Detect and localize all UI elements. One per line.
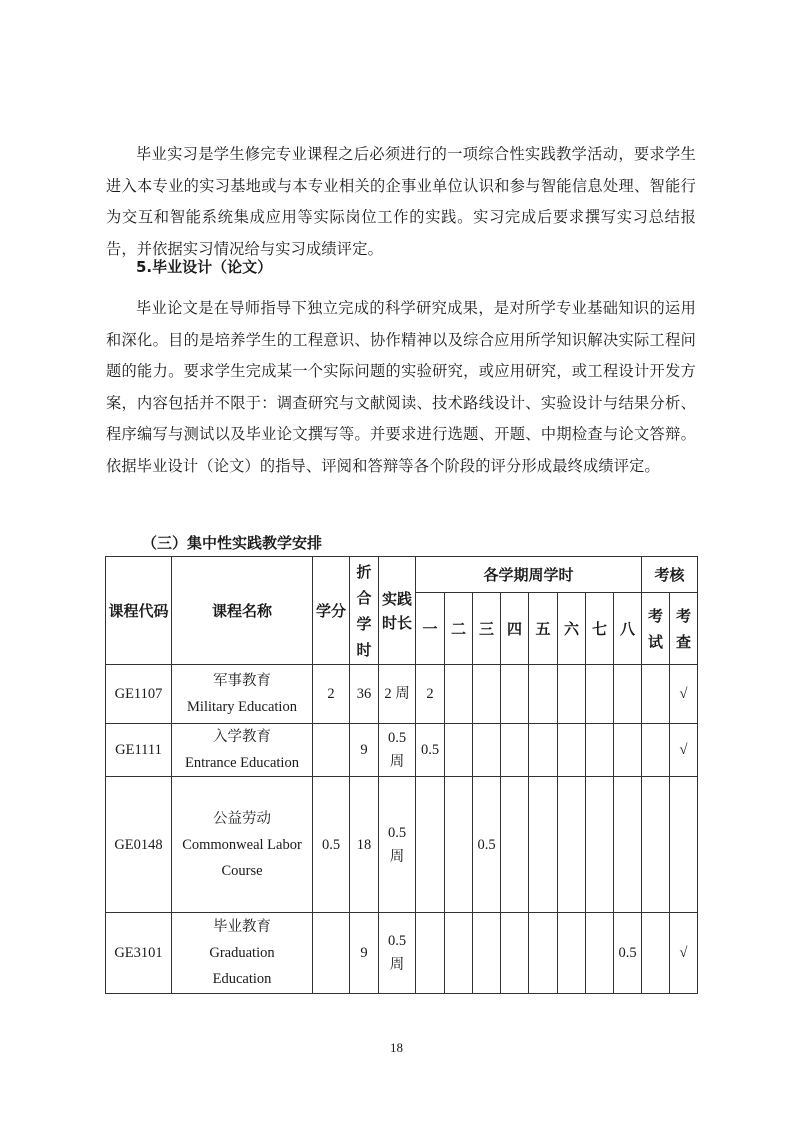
semester-8 xyxy=(614,777,642,913)
course-name-en: Military Education xyxy=(172,694,312,720)
semester-1: 2 xyxy=(416,665,445,724)
header-semester-7: 七 xyxy=(586,593,614,665)
header-semester-3: 三 xyxy=(473,593,501,665)
course-name-en: Commonweal Labor Course xyxy=(172,832,312,884)
hours: 36 xyxy=(350,665,379,724)
semester-7 xyxy=(586,665,614,724)
header-semester-6: 六 xyxy=(558,593,586,665)
header-assessment-group: 考核 xyxy=(642,557,698,593)
semester-3 xyxy=(473,665,501,724)
semester-6 xyxy=(558,777,586,913)
table-row: GE1107 军事教育Military Education 2 36 2 周 2… xyxy=(106,665,698,724)
credits xyxy=(313,913,350,994)
duration: 0.5 周 xyxy=(379,913,416,994)
course-name-cn: 入学教育 xyxy=(172,724,312,750)
semester-5 xyxy=(529,913,558,994)
header-semester-2: 二 xyxy=(445,593,473,665)
course-name-cn: 毕业教育 xyxy=(172,914,312,940)
exam xyxy=(642,665,670,724)
course-name-en: Graduation Education xyxy=(172,940,312,992)
semester-8 xyxy=(614,724,642,777)
header-semester-8: 八 xyxy=(614,593,642,665)
semester-2 xyxy=(445,665,473,724)
table-row: GE0148 公益劳动Commonweal Labor Course 0.5 1… xyxy=(106,777,698,913)
course-name-en: Entrance Education xyxy=(172,750,312,776)
check-mark: √ xyxy=(670,665,698,724)
header-name: 课程名称 xyxy=(172,557,313,665)
semester-6 xyxy=(558,724,586,777)
semester-5 xyxy=(529,665,558,724)
header-duration: 实践时长 xyxy=(379,557,416,665)
duration: 0.5 周 xyxy=(379,777,416,913)
section-title: （三）集中性实践教学安排 xyxy=(142,532,322,553)
header-row-1: 课程代码 课程名称 学分 折合学时 实践时长 各学期周学时 考核 xyxy=(106,557,698,593)
semester-8: 0.5 xyxy=(614,913,642,994)
semester-7 xyxy=(586,913,614,994)
header-hours: 折合学时 xyxy=(350,557,379,665)
table-row: GE1111 入学教育Entrance Education 9 0.5 周 0.… xyxy=(106,724,698,777)
thesis-heading: 5.毕业设计（论文） xyxy=(136,256,272,277)
credits: 0.5 xyxy=(313,777,350,913)
credits xyxy=(313,724,350,777)
semester-3: 0.5 xyxy=(473,777,501,913)
page-number: 18 xyxy=(0,1040,793,1056)
semester-4 xyxy=(501,913,529,994)
check-mark: √ xyxy=(670,913,698,994)
semester-1 xyxy=(416,913,445,994)
semester-3 xyxy=(473,913,501,994)
header-code: 课程代码 xyxy=(106,557,172,665)
hours: 18 xyxy=(350,777,379,913)
semester-7 xyxy=(586,724,614,777)
course-code: GE3101 xyxy=(106,913,172,994)
practice-schedule-table: 课程代码 课程名称 学分 折合学时 实践时长 各学期周学时 考核 一 二 三 四… xyxy=(105,556,698,994)
exam xyxy=(642,777,670,913)
header-semester-1: 一 xyxy=(416,593,445,665)
semester-2 xyxy=(445,777,473,913)
course-code: GE1107 xyxy=(106,665,172,724)
duration: 0.5 周 xyxy=(379,724,416,777)
semester-3 xyxy=(473,724,501,777)
semester-6 xyxy=(558,913,586,994)
course-name-cn: 公益劳动 xyxy=(172,806,312,832)
semester-1 xyxy=(416,777,445,913)
semester-6 xyxy=(558,665,586,724)
hours: 9 xyxy=(350,724,379,777)
semester-8 xyxy=(614,665,642,724)
course-code: GE1111 xyxy=(106,724,172,777)
header-semester-group: 各学期周学时 xyxy=(416,557,642,593)
exam xyxy=(642,913,670,994)
header-semester-4: 四 xyxy=(501,593,529,665)
semester-2 xyxy=(445,724,473,777)
semester-7 xyxy=(586,777,614,913)
check-mark xyxy=(670,777,698,913)
course-code: GE0148 xyxy=(106,777,172,913)
thesis-paragraph: 毕业论文是在导师指导下独立完成的科学研究成果，是对所学专业基础知识的运用和深化。… xyxy=(106,293,696,482)
semester-5 xyxy=(529,724,558,777)
hours: 9 xyxy=(350,913,379,994)
table-row: GE3101 毕业教育Graduation Education 9 0.5 周 … xyxy=(106,913,698,994)
check-mark: √ xyxy=(670,724,698,777)
exam xyxy=(642,724,670,777)
header-semester-5: 五 xyxy=(529,593,558,665)
internship-paragraph: 毕业实习是学生修完专业课程之后必须进行的一项综合性实践教学活动，要求学生进入本专… xyxy=(106,139,696,265)
semester-1: 0.5 xyxy=(416,724,445,777)
credits: 2 xyxy=(313,665,350,724)
semester-4 xyxy=(501,665,529,724)
semester-2 xyxy=(445,913,473,994)
header-credits: 学分 xyxy=(313,557,350,665)
header-exam: 考试 xyxy=(642,593,670,665)
course-name-cn: 军事教育 xyxy=(172,668,312,694)
semester-4 xyxy=(501,777,529,913)
semester-4 xyxy=(501,724,529,777)
semester-5 xyxy=(529,777,558,913)
duration: 2 周 xyxy=(379,665,416,724)
header-check: 考查 xyxy=(670,593,698,665)
